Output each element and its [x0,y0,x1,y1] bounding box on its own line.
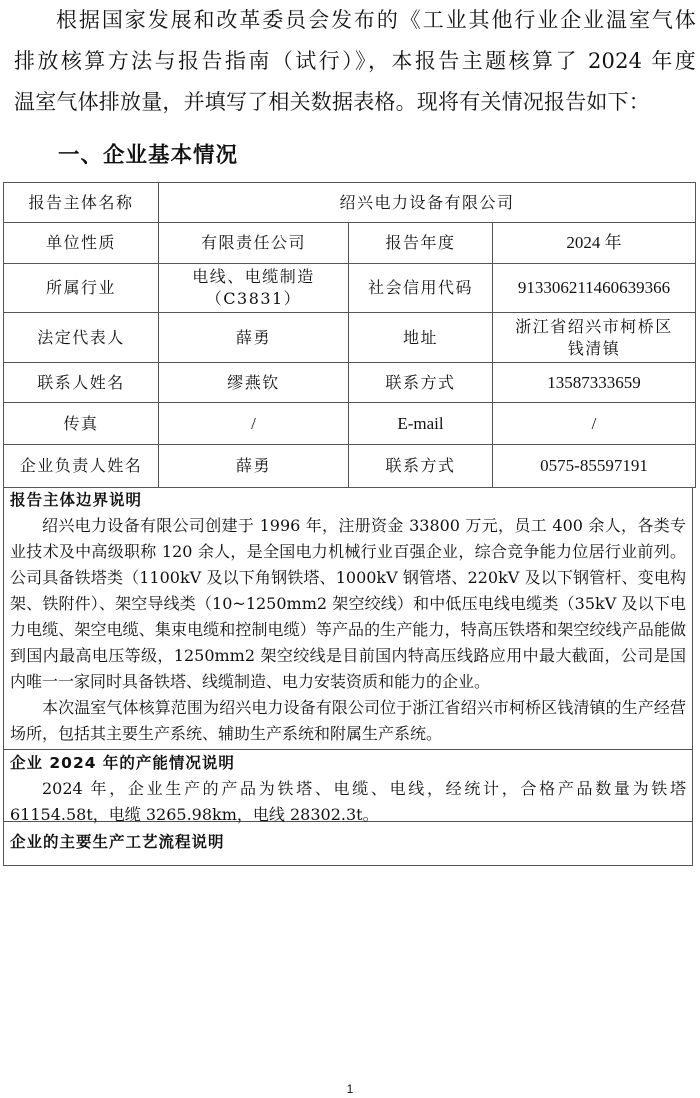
principal-name-value: 薛勇 [159,445,349,488]
industry-value-line2: （C3831） [161,288,346,310]
legal-rep-value: 薛勇 [159,313,349,363]
process-section: 企业的主要生产工艺流程说明 [3,822,693,866]
industry-value: 电线、电缆制造 （C3831） [159,264,349,313]
principal-phone-label: 联系方式 [349,445,493,488]
legal-rep-label: 法定代表人 [4,313,159,363]
table-row: 传真 / E-mail / [4,403,696,445]
unit-type-value: 有限责任公司 [159,223,349,264]
table-row: 企业负责人姓名 薛勇 联系方式 0575-85597191 [4,445,696,488]
industry-value-line1: 电线、电缆制造 [161,266,346,288]
contact-name-value: 缪燕钦 [159,363,349,403]
report-year-value: 2024 年 [493,223,696,264]
fax-value: / [159,403,349,445]
intro-line-1: 根据国家发展和改革委员会发布的《工业其他行业企业温室气体 [14,0,696,41]
table-row: 单位性质 有限责任公司 报告年度 2024 年 [4,223,696,264]
credit-code-label: 社会信用代码 [349,264,493,313]
contact-name-label: 联系人姓名 [4,363,159,403]
table-row: 报告主体名称 绍兴电力设备有限公司 [4,183,696,223]
page-number: 1 [0,1082,700,1096]
capacity-title: 企业 2024 年的产能情况说明 [10,750,686,776]
boundary-title: 报告主体边界说明 [10,487,686,513]
intro-paragraph: 根据国家发展和改革委员会发布的《工业其他行业企业温室气体 排放核算方法与报告指南… [14,0,696,123]
table-row: 所属行业 电线、电缆制造 （C3831） 社会信用代码 913306211460… [4,264,696,313]
report-entity-value: 绍兴电力设备有限公司 [159,183,696,223]
boundary-paragraph-1: 绍兴电力设备有限公司创建于 1996 年，注册资金 33800 万元，员工 40… [10,513,686,695]
unit-type-label: 单位性质 [4,223,159,264]
table-row: 法定代表人 薛勇 地址 浙江省绍兴市柯桥区 钱清镇 [4,313,696,363]
process-title: 企业的主要生产工艺流程说明 [10,829,686,855]
report-year-label: 报告年度 [349,223,493,264]
company-info-table: 报告主体名称 绍兴电力设备有限公司 单位性质 有限责任公司 报告年度 2024 … [3,182,696,488]
intro-line-3: 温室气体排放量，并填写了相关数据表格。现将有关情况报告如下： [14,82,696,123]
address-value-line1: 浙江省绍兴市柯桥区 [495,316,693,338]
principal-phone-value: 0575-85597191 [493,445,696,488]
table-row: 联系人姓名 缪燕钦 联系方式 13587333659 [4,363,696,403]
intro-line-2: 排放核算方法与报告指南（试行）》，本报告主题核算了 2024 年度 [14,41,696,82]
section-heading: 一、企业基本情况 [58,138,238,169]
boundary-section: 报告主体边界说明 绍兴电力设备有限公司创建于 1996 年，注册资金 33800… [3,487,693,750]
capacity-section: 企业 2024 年的产能情况说明 2024 年，企业生产的产品为铁塔、电缆、电线… [3,750,693,822]
fax-label: 传真 [4,403,159,445]
contact-phone-label: 联系方式 [349,363,493,403]
report-entity-label: 报告主体名称 [4,183,159,223]
contact-phone-value: 13587333659 [493,363,696,403]
address-label: 地址 [349,313,493,363]
address-value-line2: 钱清镇 [495,338,693,360]
address-value: 浙江省绍兴市柯桥区 钱清镇 [493,313,696,363]
industry-label: 所属行业 [4,264,159,313]
boundary-paragraph-2: 本次温室气体核算范围为绍兴电力设备有限公司位于浙江省绍兴市柯桥区钱清镇的生产经营… [10,695,686,747]
principal-name-label: 企业负责人姓名 [4,445,159,488]
email-value: / [493,403,696,445]
credit-code-value: 913306211460639366 [493,264,696,313]
capacity-paragraph: 2024 年，企业生产的产品为铁塔、电缆、电线，经统计，合格产品数量为铁塔 61… [10,776,686,828]
email-label: E-mail [349,403,493,445]
